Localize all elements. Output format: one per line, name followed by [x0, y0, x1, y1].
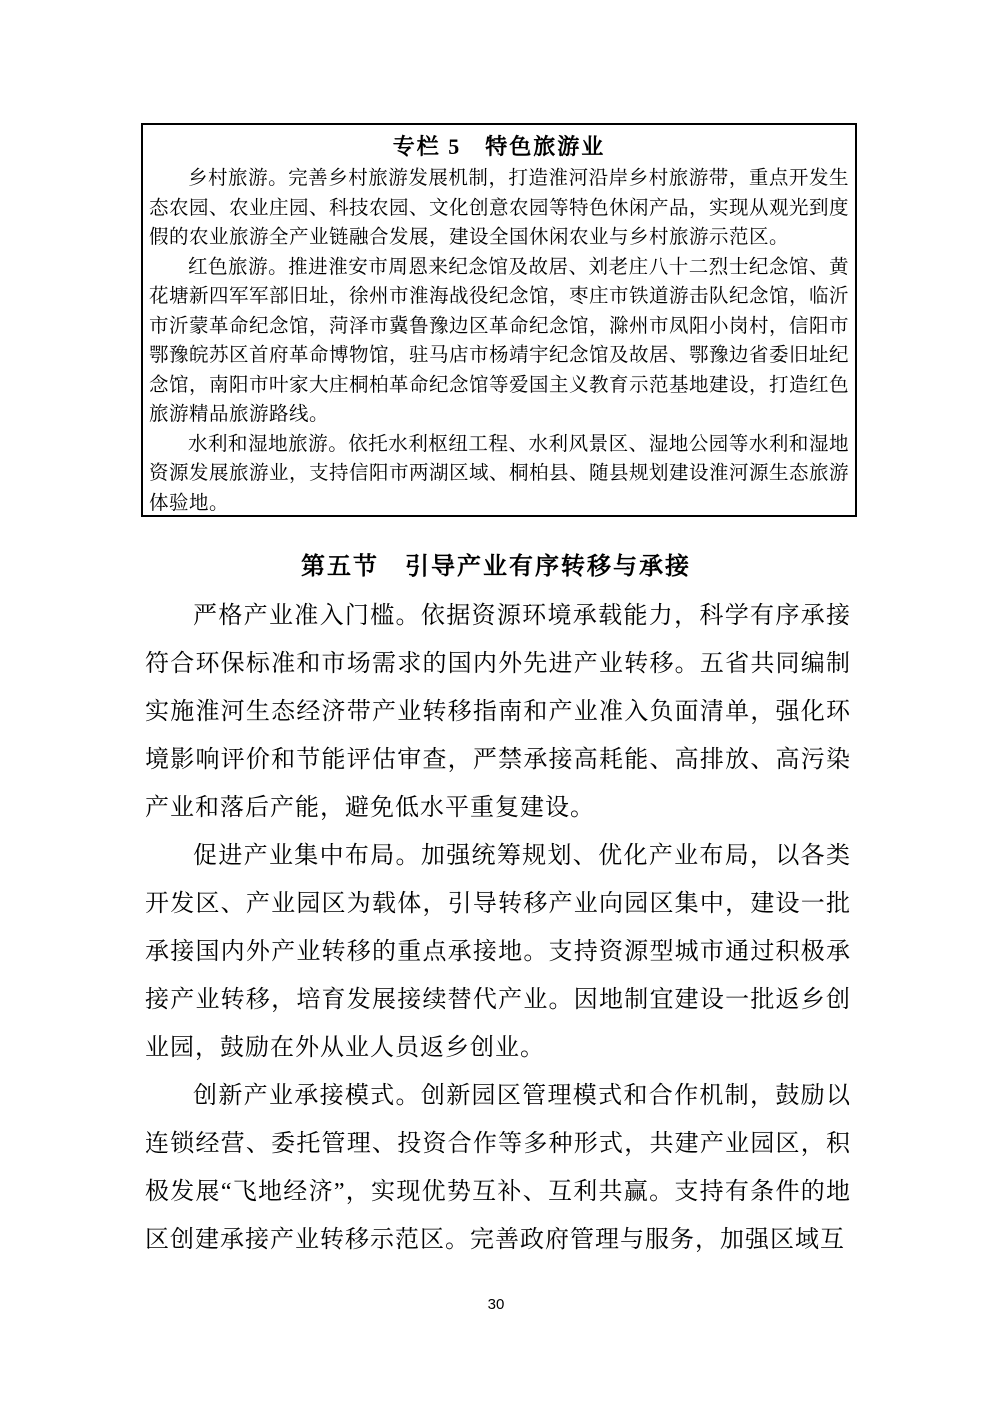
body-text-block: 严格产业准入门槛。依据资源环境承载能力，科学有序承接符合环保标准和市场需求的国内…: [145, 592, 851, 1264]
special-tourism-callout-box: 专栏 5 特色旅游业 乡村旅游。完善乡村旅游发展机制，打造淮河沿岸乡村旅游带，重…: [141, 123, 857, 517]
section-heading: 第五节 引导产业有序转移与承接: [0, 546, 992, 581]
box-paragraph-water-wetland-tourism: 水利和湿地旅游。依托水利枢纽工程、水利风景区、湿地公园等水利和湿地资源发展旅游业…: [149, 430, 849, 519]
box-title: 专栏 5 特色旅游业: [149, 132, 849, 162]
document-page: 专栏 5 特色旅游业 乡村旅游。完善乡村旅游发展机制，打造淮河沿岸乡村旅游带，重…: [0, 0, 992, 1403]
page-number: 30: [0, 1296, 992, 1313]
body-paragraph-industry-concentration: 促进产业集中布局。加强统筹规划、优化产业布局，以各类开发区、产业园区为载体，引导…: [145, 832, 851, 1072]
body-paragraph-industry-entry-threshold: 严格产业准入门槛。依据资源环境承载能力，科学有序承接符合环保标准和市场需求的国内…: [145, 592, 851, 832]
box-paragraph-rural-tourism: 乡村旅游。完善乡村旅游发展机制，打造淮河沿岸乡村旅游带，重点开发生态农园、农业庄…: [149, 164, 849, 253]
body-paragraph-industry-transfer-model: 创新产业承接模式。创新园区管理模式和合作机制，鼓励以连锁经营、委托管理、投资合作…: [145, 1072, 851, 1264]
box-paragraph-red-tourism: 红色旅游。推进淮安市周恩来纪念馆及故居、刘老庄八十二烈士纪念馆、黄花塘新四军军部…: [149, 253, 849, 430]
